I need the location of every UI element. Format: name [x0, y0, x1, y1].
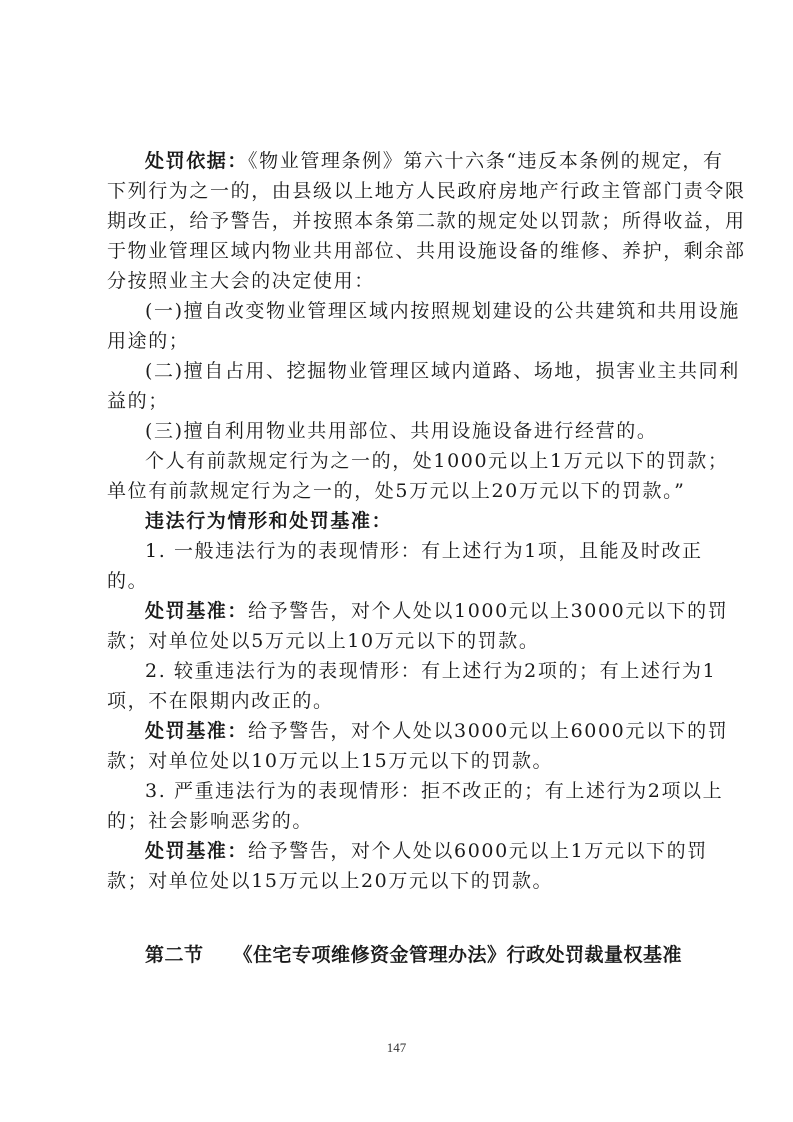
level-3-standard-line-2: 款；对单位处以15万元以上20万元以下的罚款。: [107, 866, 553, 896]
section-number: 第二节: [145, 944, 204, 966]
level-1-situation-line-2: 的。: [107, 566, 148, 596]
level-3-situation-line-1: 3. 严重违法行为的表现情形：拒不改正的；有上述行为2项以上: [145, 776, 690, 806]
standard-text: 给予警告，对个人处以6000元以上1万元以下的罚: [248, 840, 708, 862]
level-2-standard-line-2: 款；对单位处以10万元以上15万元以下的罚款。: [107, 746, 553, 776]
level-2-situation-line-1: 2. 较重违法行为的表现情形：有上述行为2项的；有上述行为1: [145, 656, 690, 686]
standard-label: 处罚基准：: [145, 720, 248, 742]
level-1-standard-line-1: 处罚基准：给予警告，对个人处以1000元以上3000元以下的罚: [145, 596, 690, 626]
basis-line-2: 下列行为之一的，由县级以上地方人民政府房地产行政主管部门责令限: [107, 176, 690, 206]
basis-line-3: 期改正，给予警告，并按照本条第二款的规定处以罚款；所得收益，用: [107, 206, 690, 236]
level-2-standard-line-1: 处罚基准：给予警告，对个人处以3000元以上6000元以下的罚: [145, 716, 690, 746]
standard-text: 给予警告，对个人处以1000元以上3000元以下的罚: [248, 600, 728, 622]
level-1-standard-line-2: 款；对单位处以5万元以上10万元以下的罚款。: [107, 626, 539, 656]
standard-label: 处罚基准：: [145, 840, 248, 862]
basis-label: 处罚依据：: [145, 150, 248, 172]
level-3-situation-line-2: 的；社会影响恶劣的。: [107, 806, 313, 836]
standards-heading: 违法行为情形和处罚基准：: [145, 506, 392, 536]
level-2-situation-line-2: 项，不在限期内改正的。: [107, 686, 334, 716]
item-2-line-1: (二)擅自占用、挖掘物业管理区域内道路、场地，损害业主共同利: [145, 356, 690, 386]
item-1-line-2: 用途的；: [107, 326, 189, 356]
standard-label: 处罚基准：: [145, 600, 248, 622]
level-3-standard-line-1: 处罚基准：给予警告，对个人处以6000元以上1万元以下的罚: [145, 836, 690, 866]
section-title: 《住宅专项维修资金管理办法》行政处罚裁量权基准: [234, 944, 683, 966]
standard-text: 给予警告，对个人处以3000元以上6000元以下的罚: [248, 720, 728, 742]
basis-line-4: 于物业管理区域内物业共用部位、共用设施设备的维修、养护，剩余部: [107, 236, 690, 266]
penalty-unit: 单位有前款规定行为之一的，处5万元以上20万元以下的罚款。”: [107, 476, 685, 506]
basis-text: 《物业管理条例》第六十六条“违反本条例的规定，有: [248, 150, 724, 172]
item-3-line-1: (三)擅自利用物业共用部位、共用设施设备进行经营的。: [145, 416, 657, 446]
page-number: 147: [0, 1040, 793, 1056]
item-1-line-1: (一)擅自改变物业管理区域内按照规划建设的公共建筑和共用设施: [145, 296, 690, 326]
level-1-situation-line-1: 1. 一般违法行为的表现情形：有上述行为1项，且能及时改正: [145, 536, 690, 566]
basis-line-5: 分按照业主大会的决定使用：: [107, 266, 375, 296]
penalty-individual: 个人有前款规定行为之一的，处1000元以上1万元以下的罚款；: [145, 446, 728, 476]
basis-line-1: 处罚依据：《物业管理条例》第六十六条“违反本条例的规定，有: [145, 146, 690, 176]
item-2-line-2: 益的；: [107, 386, 169, 416]
section-heading: 第二节《住宅专项维修资金管理办法》行政处罚裁量权基准: [145, 940, 682, 967]
